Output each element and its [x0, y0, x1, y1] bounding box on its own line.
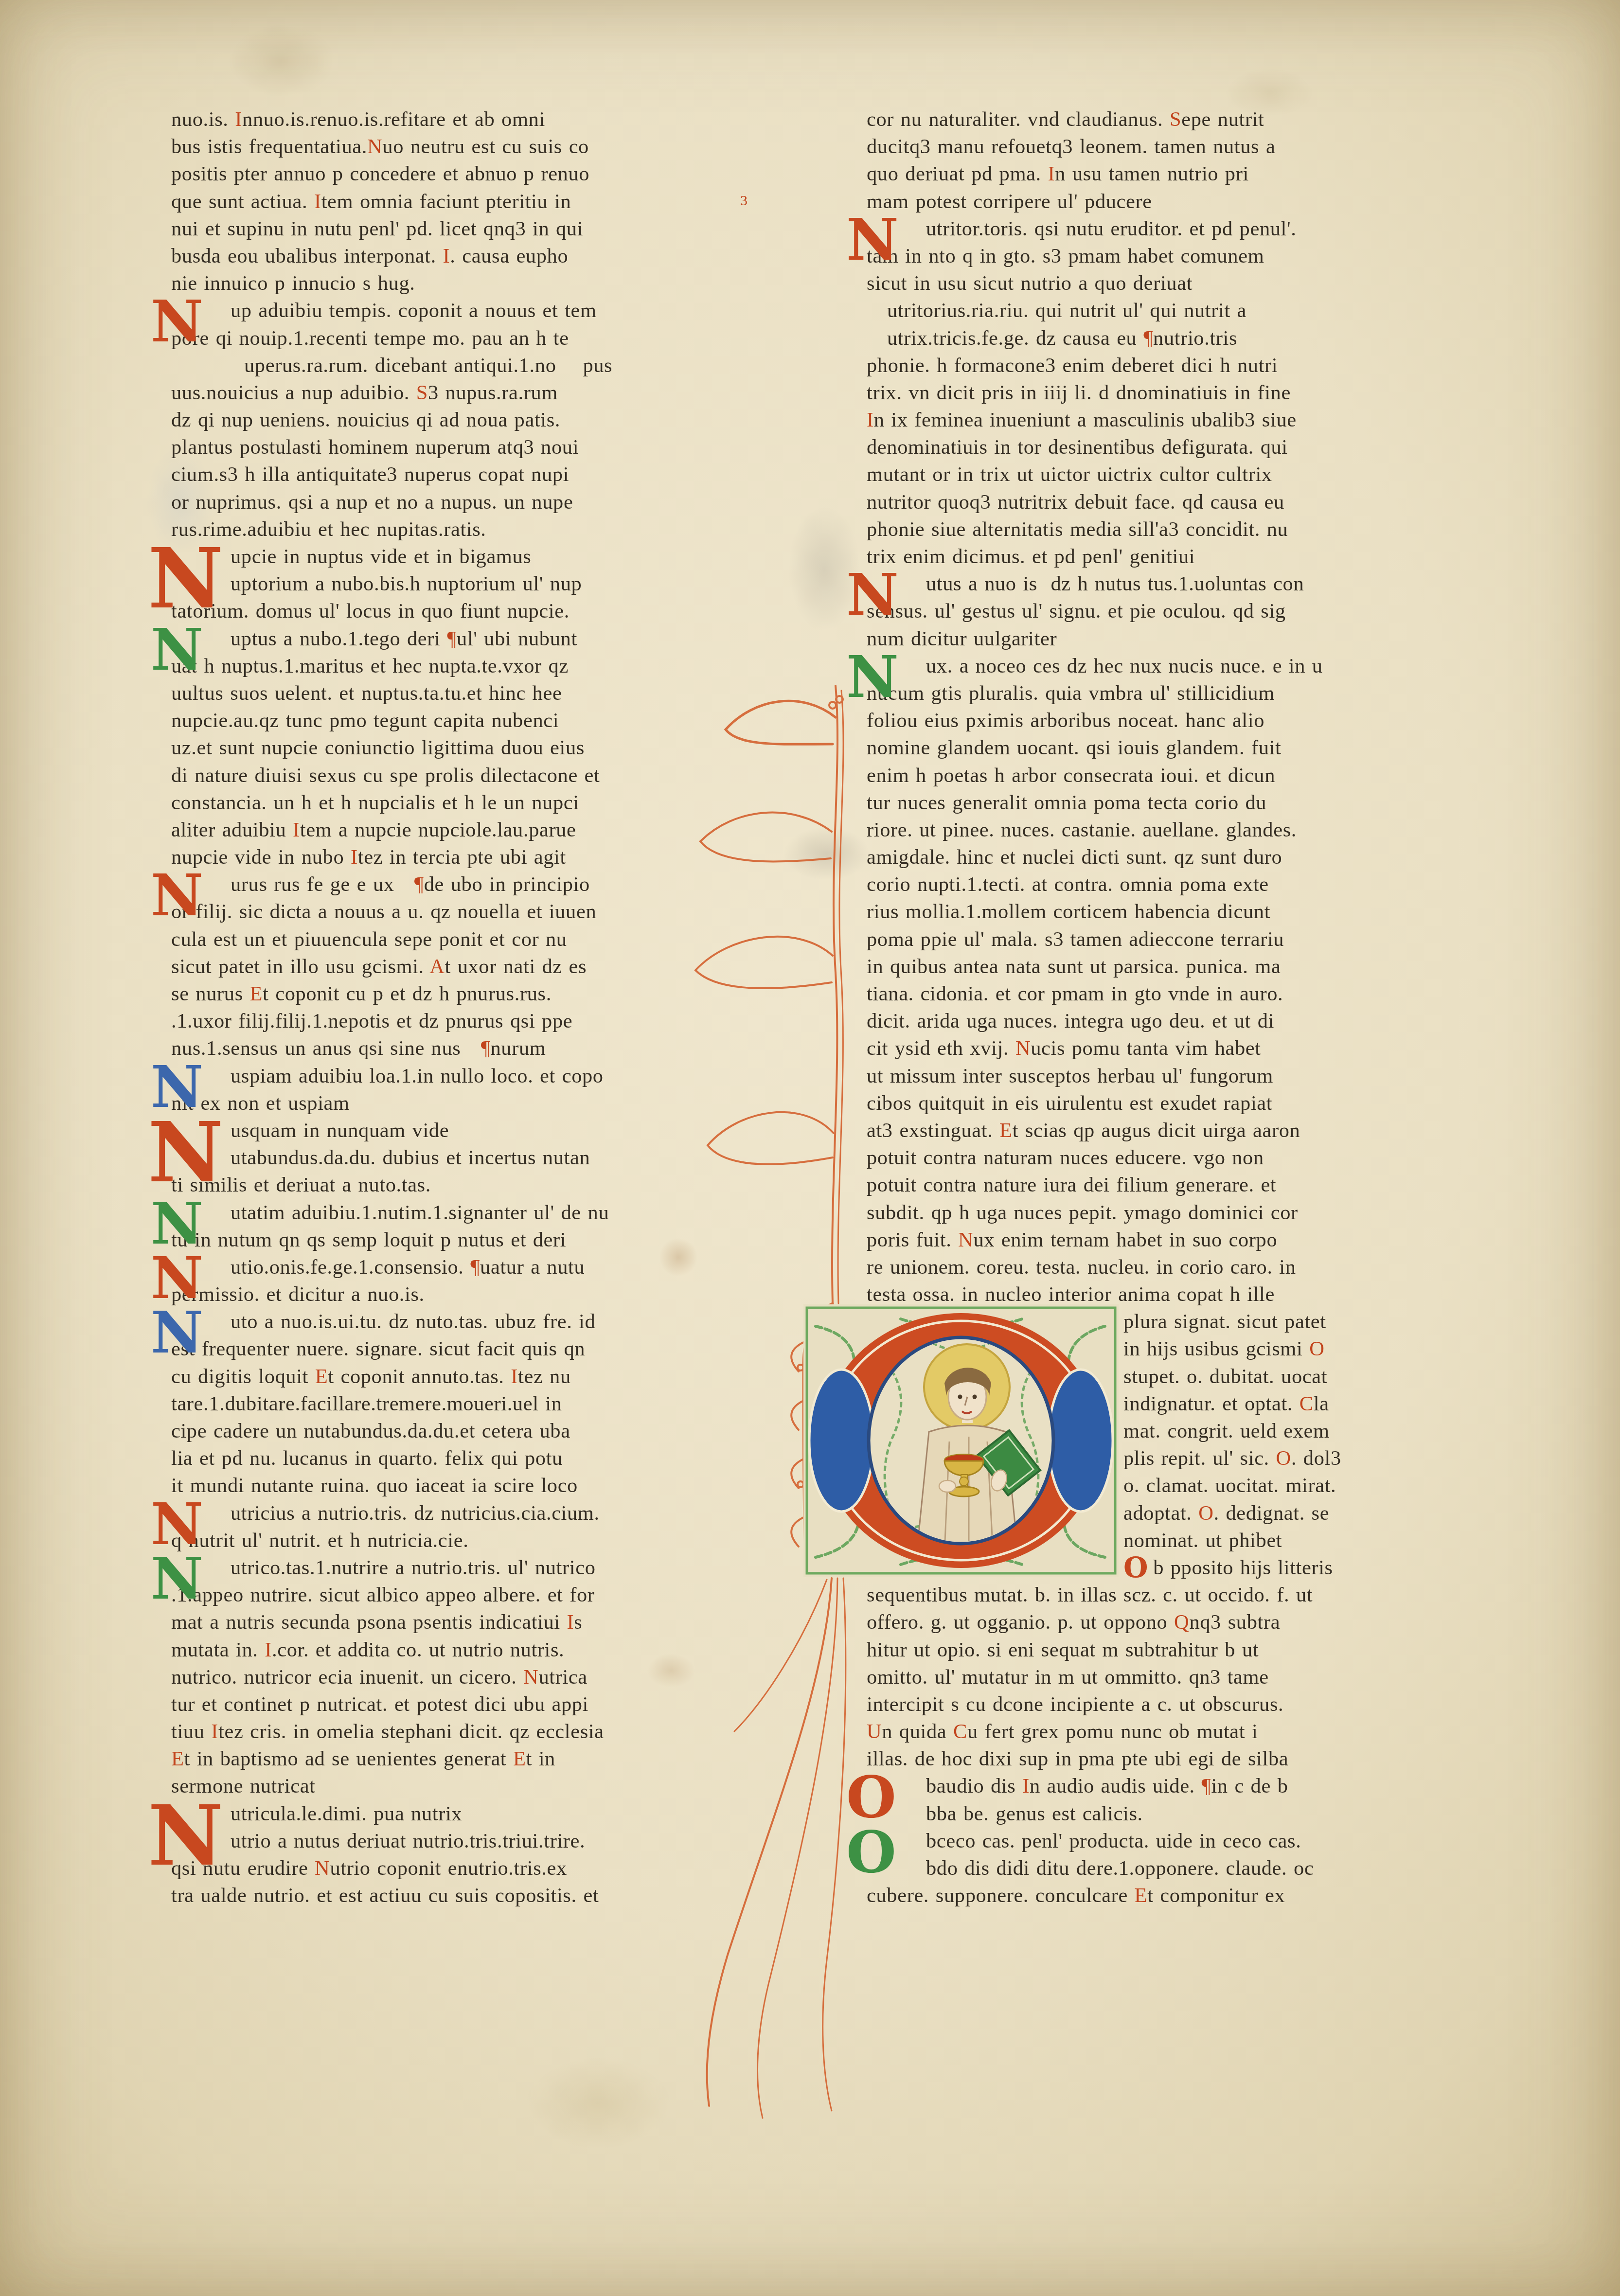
text-line: cium.s3 h illa antiquitate3 nuperus copa… [171, 461, 799, 488]
text-line: subdit. qp h uga nuces pepit. ymago domi… [867, 1199, 1494, 1227]
lombard-initial-N: N [151, 1198, 203, 1249]
rubricated-letter: I [443, 245, 450, 267]
line-text: sequentibus mutat. b. in illas scz. c. u… [867, 1584, 1313, 1606]
lombard-initial-N: N [846, 214, 899, 265]
line-text: subdit. qp h uga nuces pepit. ymago domi… [867, 1201, 1298, 1224]
rubricated-letter: I [1022, 1775, 1030, 1798]
text-line: mat. congrit. ueld exem [1123, 1418, 1494, 1445]
line-text: potuit contra nature iura dei filium gen… [867, 1174, 1276, 1196]
line-text: dicit. arida uga nuces. integra ugo deu.… [867, 1010, 1274, 1032]
line-text: tur nuces generalit omnia poma tecta cor… [867, 791, 1266, 814]
line-text: utus a nuo is dz h nutus tus.1.uoluntas … [926, 572, 1304, 595]
line-text: tu in nutum qn qs semp loquit p nutus et… [171, 1228, 566, 1251]
text-line: plura signat. sicut patet [1123, 1308, 1494, 1335]
text-line: tam in nto q in gto. s3 pmam habet comun… [867, 243, 1494, 270]
rubricated-letter: I [265, 1638, 272, 1661]
text-line: Nux. a noceo ces dz hec nux nucis nuce. … [867, 653, 1494, 680]
text-line: pore qi nouip.1.recenti tempe mo. pau an… [171, 325, 799, 352]
line-text: positis pter annuo p concedere et abnuo … [171, 162, 589, 185]
line-text: ducitq3 manu refouetq3 leonem. tamen nut… [867, 135, 1275, 158]
rubricated-letter: C [953, 1720, 967, 1743]
line-text: indignatur. et optat. Cla [1123, 1392, 1329, 1415]
text-line: busda eou ubalibus interponat. I. causa … [171, 243, 799, 270]
line-text: b pposito hijs litteris [1153, 1556, 1333, 1579]
text-line: Un quida Cu fert grex pomu nunc ob mutat… [867, 1718, 1494, 1745]
line-text: nui et supinu in nutu penl' pd. licet qn… [171, 217, 583, 240]
rubricated-letter: E [1135, 1884, 1148, 1907]
text-line: cor nu naturaliter. vnd claudianus. Sepe… [867, 106, 1494, 133]
lombard-initial-N: N [151, 296, 203, 347]
text-line: dicit. arida uga nuces. integra ugo deu.… [867, 1008, 1494, 1035]
text-line: nui et supinu in nutu penl' pd. licet qn… [171, 215, 799, 243]
line-text: denominatiuis in tor desinentibus defigu… [867, 436, 1288, 459]
text-line: foliou eius pximis arboribus noceat. han… [867, 707, 1494, 734]
rubricated-letter: O [1198, 1502, 1213, 1525]
rubricated-letter: Q [1174, 1611, 1189, 1634]
text-line: nominat. ut phibet [1123, 1527, 1494, 1554]
line-text: cula est un et piuuencula sepe ponit et … [171, 928, 567, 951]
line-text: nomine glandem uocant. qsi iouis glandem… [867, 736, 1281, 759]
text-line: plantus postulasti hominem nuperum atq3 … [171, 434, 799, 461]
line-text: cibos quitquit in eis uirulentu est exud… [867, 1092, 1272, 1115]
line-text: or nuprimus. qsi a nup et no a nupus. un… [171, 491, 573, 514]
red-paragraph-mark-icon: ¶ [1143, 327, 1153, 350]
line-text: Un quida Cu fert grex pomu nunc ob mutat… [867, 1720, 1258, 1743]
green-paragraph-mark-icon: ¶ [1202, 1775, 1211, 1798]
text-line: ducitq3 manu refouetq3 leonem. tamen nut… [867, 133, 1494, 160]
text-line: stupet. o. dubitat. uocat [1123, 1363, 1494, 1390]
line-text: in hijs usibus gcismi O [1123, 1337, 1324, 1360]
text-line: nutritor quoq3 nutritrix debuit face. qd… [867, 489, 1494, 516]
line-text: up aduibiu tempis. coponit a nouus et te… [231, 299, 597, 322]
line-text: bdo dis didi ditu dere.1.opponere. claud… [926, 1857, 1314, 1880]
text-line: rius mollia.1.mollem corticem habencia d… [867, 898, 1494, 926]
line-text: sensus. ul' gestus ul' signu. et pie ocu… [867, 600, 1286, 623]
line-text: ux. a noceo ces dz hec nux nucis nuce. e… [926, 655, 1323, 677]
text-line: trix enim dicimus. et pd penl' genitiui [867, 543, 1494, 570]
text-line: que sunt actiua. Item omnia faciunt pter… [171, 188, 799, 215]
text-line: positis pter annuo p concedere et abnuo … [171, 160, 799, 188]
line-text: uz.et sunt nupcie coniunctio ligittima d… [171, 736, 585, 759]
line-text: utricius a nutrio.tris. dz nutricius.cia… [231, 1502, 600, 1525]
line-text: intercipit s cu dcone incipiente a c. ut… [867, 1693, 1283, 1716]
line-text: uspiam aduibiu loa.1.in nullo loco. et c… [231, 1065, 604, 1087]
line-text: phonie. h formacone3 enim deberet dici h… [867, 354, 1278, 377]
text-line: in hijs usibus gcismi O [1123, 1335, 1494, 1363]
line-text: adoptat. O. dedignat. se [1123, 1502, 1329, 1525]
line-text: or filij. sic dicta a nouus a u. qz noue… [171, 900, 596, 923]
text-line: num dicitur uulgariter [867, 625, 1494, 653]
line-text: uptus a nubo.1.tego deri ¶ul' ubi nubunt [231, 627, 577, 650]
text-line: tur nuces generalit omnia poma tecta cor… [867, 789, 1494, 817]
line-text: nutrico. nutricor ecia inuenit. un cicer… [171, 1666, 587, 1689]
red-paragraph-mark-icon: ¶ [1202, 1775, 1211, 1798]
red-paragraph-mark-icon: ¶ [470, 1256, 480, 1279]
illuminated-initial-O-saint-with-chalice-icon [803, 1304, 1119, 1577]
line-text: upcie in nuptus vide et in bigamus [231, 545, 532, 568]
line-text: cit ysid eth xvij. Nucis pomu tanta vim … [867, 1037, 1261, 1060]
line-text: qsi nutu erudire Nutrio coponit enutrio.… [171, 1857, 567, 1880]
line-text: tur et continet p nutricat. et potest di… [171, 1693, 588, 1716]
text-line: at3 exstinguat. Et scias qp augus dicit … [867, 1117, 1494, 1144]
paper-stain [229, 24, 336, 97]
line-text: lia et pd nu. lucanus in quarto. felix q… [171, 1447, 563, 1470]
line-text: trix. vn dicit pris in iiij li. d dnomin… [867, 381, 1291, 404]
line-text: tatorium. domus ul' locus in quo fiunt n… [171, 600, 570, 623]
line-text: illas. de hoc dixi sup in pma pte ubi eg… [867, 1747, 1288, 1770]
line-text: enim h poetas h arbor consecrata ioui. e… [867, 764, 1275, 787]
lombard-initial-N: N [151, 1307, 203, 1358]
line-text: utritorius.ria.riu. qui nutrit ul' qui n… [887, 299, 1246, 322]
lombard-initial-N: N [846, 652, 899, 702]
line-text: stupet. o. dubitat. uocat [1123, 1365, 1327, 1388]
line-text: potuit contra naturam nuces educere. vgo… [867, 1146, 1264, 1169]
text-line: In ix feminea inueniunt a masculinis uba… [867, 407, 1494, 434]
rubricated-letter: S [416, 381, 428, 404]
line-text: omitto. ul' mutatur in m ut ommitto. qn3… [867, 1666, 1269, 1689]
text-line: Nutus a nuo is dz h nutus tus.1.uoluntas… [867, 570, 1494, 598]
text-line: Ob pposito hijs litteris [1123, 1554, 1494, 1582]
rubricated-letter: I [293, 819, 300, 841]
text-line: enim h poetas h arbor consecrata ioui. e… [867, 762, 1494, 789]
manuscript-page: 3 nuo.is. Innuo.is.renuo.is.refitare et … [0, 0, 1620, 2296]
rubricated-letter: S [1170, 108, 1181, 131]
line-text: aliter aduibiu Item a nupcie nupciole.la… [171, 819, 576, 841]
line-text: tra ualde nutrio. et est actiuu cu suis … [171, 1884, 599, 1907]
line-text: cu digitis loquit Et coponit annuto.tas.… [171, 1365, 571, 1388]
line-text: foliou eius pximis arboribus noceat. han… [867, 709, 1264, 732]
text-line: riore. ut pinee. nuces. castanie. auella… [867, 817, 1494, 844]
line-text: In ix feminea inueniunt a masculinis uba… [867, 409, 1297, 431]
rubricated-letter: E [250, 982, 263, 1005]
lombard-initial-N: N [151, 1499, 203, 1549]
rubricated-letter: I [567, 1611, 574, 1634]
rubricated-letter: I [235, 108, 242, 131]
line-text: plis repit. ul' sic. O. dol3 [1123, 1447, 1341, 1470]
lombard-initial-N: N [148, 1116, 224, 1189]
line-text: uptorium a nubo.bis.h nuptorium ul' nup [231, 572, 582, 595]
line-text: busda eou ubalibus interponat. I. causa … [171, 245, 568, 267]
line-text: cubere. supponere. conculcare Et componi… [867, 1884, 1285, 1907]
text-line: potuit contra nature iura dei filium gen… [867, 1172, 1494, 1199]
line-text: .1.uxor filij.filij.1.nepotis et dz pnur… [171, 1010, 572, 1032]
text-line: offero. g. ut ogganio. p. ut oppono Qnq3… [867, 1609, 1494, 1636]
rubricated-letter: I [867, 409, 874, 431]
text-line: re unionem. coreu. testa. nucleu. in cor… [867, 1254, 1494, 1281]
text-line: cibos quitquit in eis uirulentu est exud… [867, 1090, 1494, 1117]
text-line: Nuptus a nubo.1.tego deri ¶ul' ubi nubun… [171, 625, 799, 653]
line-text: nupcie vide in nubo Itez in tercia pte u… [171, 846, 566, 869]
text-line: uus.nouicius a nup aduibio. S3 nupus.ra.… [171, 379, 799, 407]
rubricated-letter: E [171, 1747, 184, 1770]
text-line: Nupcie in nuptus vide et in bigamus [171, 543, 799, 570]
line-text: utricula.le.dimi. pua nutrix [231, 1802, 462, 1825]
text-line: trix. vn dicit pris in iiij li. d dnomin… [867, 379, 1494, 407]
rubricated-letter: E [999, 1119, 1013, 1142]
line-text: amigdale. hinc et nuclei dicti sunt. qz … [867, 846, 1282, 869]
line-text: mutata in. I.cor. et addita co. ut nutri… [171, 1638, 564, 1661]
lombard-initial-O: O [846, 1772, 896, 1822]
line-text: cium.s3 h illa antiquitate3 nuperus copa… [171, 463, 569, 486]
line-text: rius mollia.1.mollem corticem habencia d… [867, 900, 1270, 923]
text-line: illas. de hoc dixi sup in pma pte ubi eg… [867, 1745, 1494, 1773]
text-line: utrix.tricis.fe.ge. dz causa eu ¶nutrio.… [867, 325, 1494, 352]
text-line: utritorius.ria.riu. qui nutrit ul' qui n… [867, 297, 1494, 324]
text-line: Obceco cas. penl' producta. uide in ceco… [867, 1828, 1494, 1855]
line-text: testa ossa. in nucleo interior anima cop… [867, 1283, 1275, 1306]
lombard-initial-N: N [151, 624, 203, 675]
line-text: se nurus Et coponit cu p et dz h pnurus.… [171, 982, 552, 1005]
rubricated-letter: N [367, 135, 382, 158]
line-text: in quibus antea nata sunt ut parsica. pu… [867, 955, 1281, 978]
rubricated-letter: I [314, 190, 321, 213]
text-line: nomine glandem uocant. qsi iouis glandem… [867, 734, 1494, 762]
rubricated-letter: I [1048, 162, 1055, 185]
text-line: sicut in usu sicut nutrio a quo deriuat [867, 270, 1494, 297]
text-line: potuit contra naturam nuces educere. vgo… [867, 1144, 1494, 1172]
line-text: nupcie.au.qz tunc pmo tegunt capita nube… [171, 709, 559, 732]
text-line: o. clamat. uocitat. mirat. [1123, 1472, 1494, 1499]
line-text: pore qi nouip.1.recenti tempe mo. pau an… [171, 327, 569, 350]
rubricated-letter: N [523, 1666, 538, 1689]
lombard-initial-N: N [148, 542, 224, 615]
line-text: dz qi nup ueniens. nouicius qi ad noua p… [171, 409, 560, 431]
line-text: offero. g. ut ogganio. p. ut oppono Qnq3… [867, 1611, 1280, 1634]
line-text: ut missum inter susceptos herbau ul' fun… [867, 1065, 1273, 1087]
line-text: poris fuit. Nux enim ternam habet in suo… [867, 1228, 1277, 1251]
lombard-initial-O: O [1123, 1555, 1148, 1580]
rubricated-letter: I [351, 846, 358, 869]
line-text: utrico.tas.1.nutrire a nutrio.tris. ul' … [231, 1556, 596, 1579]
line-text: re unionem. coreu. testa. nucleu. in cor… [867, 1256, 1296, 1279]
text-line: denominatiuis in tor desinentibus defigu… [867, 434, 1494, 461]
right-text-column: cor nu naturaliter. vnd claudianus. Sepe… [867, 106, 1494, 1909]
line-text: bus istis frequentatiua.Nuo neutru est c… [171, 135, 589, 158]
rubricated-letter: N [958, 1228, 973, 1251]
lombard-initial-N: N [151, 870, 203, 921]
lombard-initial-N: N [151, 1553, 203, 1604]
text-line: poma ppie ul' mala. s3 tamen adieccone t… [867, 926, 1494, 953]
line-text: utrio a nutus deriuat nutrio.tris.triui.… [231, 1830, 585, 1852]
lombard-initial-N: N [846, 570, 899, 620]
rubricated-letter: N [315, 1857, 330, 1880]
text-line: plis repit. ul' sic. O. dol3 [1123, 1445, 1494, 1472]
line-text: mutant or in trix ut uictor uictrix cult… [867, 463, 1272, 486]
text-line: cit ysid eth xvij. Nucis pomu tanta vim … [867, 1035, 1494, 1062]
text-line: omitto. ul' mutatur in m ut ommitto. qn3… [867, 1664, 1494, 1691]
line-text: at3 exstinguat. Et scias qp augus dicit … [867, 1119, 1300, 1142]
line-text: hitur ut opio. si eni sequat m subtrahit… [867, 1638, 1259, 1661]
line-text: phonie siue alternitatis media sill'a3 c… [867, 518, 1288, 541]
text-line: nie innuico p innucio s hug. [171, 270, 799, 297]
rubricated-letter: A [429, 955, 445, 978]
text-line: phonie siue alternitatis media sill'a3 c… [867, 516, 1494, 543]
line-text: q nutrit ul' nutrit. et h nutricia.cie. [171, 1529, 468, 1552]
line-text: mam potest corripere ul' pducere [867, 190, 1152, 213]
line-text: poma ppie ul' mala. s3 tamen adieccone t… [867, 928, 1284, 951]
line-text: corio nupti.1.tecti. at contra. omnia po… [867, 873, 1269, 896]
line-text: bba be. genus est calicis. [926, 1802, 1143, 1825]
line-text: constancia. un h et h nupcialis et h le … [171, 791, 579, 814]
line-text: o. clamat. uocitat. mirat. [1123, 1474, 1336, 1497]
rubricated-letter: I [511, 1365, 518, 1388]
line-text: uultus suos uelent. et nuptus.ta.tu.et h… [171, 682, 562, 705]
line-text: tiuu Itez cris. in omelia stephani dicit… [171, 1720, 604, 1743]
text-line: dz qi nup ueniens. nouicius qi ad noua p… [171, 407, 799, 434]
text-line: mam potest corripere ul' pducere [867, 188, 1494, 215]
paper-stain [525, 2057, 671, 2150]
text-line: tiana. cidonia. et cor pmam in gto vnde … [867, 980, 1494, 1008]
text-line: intercipit s cu dcone incipiente a c. ut… [867, 1691, 1494, 1718]
line-text: nucum gtis pluralis. quia vmbra ul' stil… [867, 682, 1275, 705]
text-line: amigdale. hinc et nuclei dicti sunt. qz … [867, 844, 1494, 871]
text-line: corio nupti.1.tecti. at contra. omnia po… [867, 871, 1494, 898]
text-line: in quibus antea nata sunt ut parsica. pu… [867, 953, 1494, 980]
text-line: bba be. genus est calicis. [867, 1800, 1494, 1828]
text-line: cubere. supponere. conculcare Et componi… [867, 1882, 1494, 1909]
line-text: est frequenter nuere. signare. sicut fac… [171, 1337, 585, 1360]
line-text: nus.1.sensus un anus qsi sine nus ¶nurum [171, 1037, 546, 1060]
text-line: Obaudio dis In audio audis uide. ¶in c d… [867, 1773, 1494, 1800]
line-text: tare.1.dubitare.facillare.tremere.moueri… [171, 1392, 562, 1415]
line-text: mat. congrit. ueld exem [1123, 1420, 1330, 1442]
text-line: mutant or in trix ut uictor uictrix cult… [867, 461, 1494, 488]
text-line: rus.rime.aduibiu et hec nupitas.ratis. [171, 516, 799, 543]
line-text: it mundi nutante ruina. quo iaceat ia sc… [171, 1474, 578, 1497]
text-line: Nup aduibiu tempis. coponit a nouus et t… [171, 297, 799, 324]
rubricated-letter: E [315, 1365, 328, 1388]
text-line: uptorium a nubo.bis.h nuptorium ul' nup [171, 570, 799, 598]
rubricated-letter: O [1276, 1447, 1291, 1470]
line-text: quo deriuat pd pma. In usu tamen nutrio … [867, 162, 1249, 185]
text-line: tatorium. domus ul' locus in quo fiunt n… [171, 598, 799, 625]
line-text: utatim aduibiu.1.nutim.1.signanter ul' d… [231, 1201, 609, 1224]
text-line: nucum gtis pluralis. quia vmbra ul' stil… [867, 680, 1494, 707]
red-paragraph-mark-icon: ¶ [414, 873, 424, 896]
line-text: Et in baptismo ad se uenientes generat E… [171, 1747, 555, 1770]
text-line: sequentibus mutat. b. in illas scz. c. u… [867, 1582, 1494, 1609]
line-text: nuo.is. Innuo.is.renuo.is.refitare et ab… [171, 108, 545, 131]
text-line: nuo.is. Innuo.is.renuo.is.refitare et ab… [171, 106, 799, 133]
line-text: plantus postulasti hominem nuperum atq3 … [171, 436, 579, 459]
line-text: tiana. cidonia. et cor pmam in gto vnde … [867, 982, 1283, 1005]
lombard-initial-N: N [151, 1253, 203, 1303]
line-text: sicut patet in illo usu gcismi. At uxor … [171, 955, 587, 978]
line-text: baudio dis In audio audis uide. ¶in c de… [926, 1775, 1288, 1798]
line-text: utio.onis.fe.ge.1.consensio. ¶uatur a nu… [231, 1256, 585, 1279]
line-text: cipe cadere un nutabundus.da.du.et ceter… [171, 1420, 570, 1442]
line-text: nutritor quoq3 nutritrix debuit face. qd… [867, 491, 1284, 514]
text-line: hitur ut opio. si eni sequat m subtrahit… [867, 1637, 1494, 1664]
line-text: plura signat. sicut patet [1123, 1310, 1326, 1333]
text-line: adoptat. O. dedignat. se [1123, 1500, 1494, 1527]
rubricated-letter: C [1300, 1392, 1314, 1415]
rubricated-letter: E [513, 1747, 526, 1770]
text-line: bus istis frequentatiua.Nuo neutru est c… [171, 133, 799, 160]
text-line: sensus. ul' gestus ul' signu. et pie ocu… [867, 598, 1494, 625]
line-text: mat a nutris secunda psona psentis indic… [171, 1611, 582, 1634]
line-text: usquam in nunquam vide [231, 1119, 449, 1142]
text-line: or nuprimus. qsi a nup et no a nupus. un… [171, 489, 799, 516]
text-line: phonie. h formacone3 enim deberet dici h… [867, 352, 1494, 379]
text-line: poris fuit. Nux enim ternam habet in suo… [867, 1227, 1494, 1254]
red-paragraph-mark-icon: ¶ [481, 1037, 491, 1060]
line-text: nie innuico p innucio s hug. [171, 272, 415, 295]
text-line: quo deriuat pd pma. In usu tamen nutrio … [867, 160, 1494, 188]
text-line: bdo dis didi ditu dere.1.opponere. claud… [867, 1855, 1494, 1882]
lombard-initial-O: O [846, 1827, 896, 1877]
line-text: uus.nouicius a nup aduibio. S3 nupus.ra.… [171, 381, 558, 404]
rubricated-letter: N [1015, 1037, 1031, 1060]
line-text: utabundus.da.du. dubius et incertus nuta… [231, 1146, 590, 1169]
lombard-initial-N: N [148, 1799, 224, 1872]
line-text: riore. ut pinee. nuces. castanie. auella… [867, 819, 1297, 841]
rubricated-letter: I [211, 1720, 218, 1743]
text-line: uperus.ra.rum. dicebant antiqui.1.no pus [171, 352, 799, 379]
text-line: Nutritor.toris. qsi nutu eruditor. et pd… [867, 215, 1494, 243]
line-text: cor nu naturaliter. vnd claudianus. Sepe… [867, 108, 1264, 131]
line-text: permissio. et dicitur a nuo.is. [171, 1283, 425, 1306]
line-text: sicut in usu sicut nutrio a quo deriuat [867, 272, 1193, 295]
line-text: nominat. ut phibet [1123, 1529, 1282, 1552]
line-text: utritor.toris. qsi nutu eruditor. et pd … [926, 217, 1297, 240]
line-text: utrix.tricis.fe.ge. dz causa eu ¶nutrio.… [887, 327, 1237, 350]
line-text: bceco cas. penl' producta. uide in ceco … [926, 1830, 1301, 1852]
text-line: ut missum inter susceptos herbau ul' fun… [867, 1063, 1494, 1090]
line-text: que sunt actiua. Item omnia faciunt pter… [171, 190, 571, 213]
line-text: urus rus fe ge e ux ¶de ubo in principio [231, 873, 590, 896]
red-paragraph-mark-icon: ¶ [447, 627, 457, 650]
line-text: tam in nto q in gto. s3 pmam habet comun… [867, 245, 1264, 267]
line-text: uat h nuptus.1.maritus et hec nupta.te.v… [171, 655, 569, 677]
rubricated-letter: O [1309, 1337, 1324, 1360]
text-line: indignatur. et optat. Cla [1123, 1390, 1494, 1418]
line-text: uto a nuo.is.ui.tu. dz nuto.tas. ubuz fr… [231, 1310, 595, 1333]
line-text: di nature diuisi sexus cu spe prolis dil… [171, 764, 600, 787]
line-text: .1.appeo nutrire. sicut albico appeo alb… [171, 1584, 595, 1606]
line-text: uperus.ra.rum. dicebant antiqui.1.no pus [244, 354, 612, 377]
line-text: trix enim dicimus. et pd penl' genitiui [867, 545, 1195, 568]
